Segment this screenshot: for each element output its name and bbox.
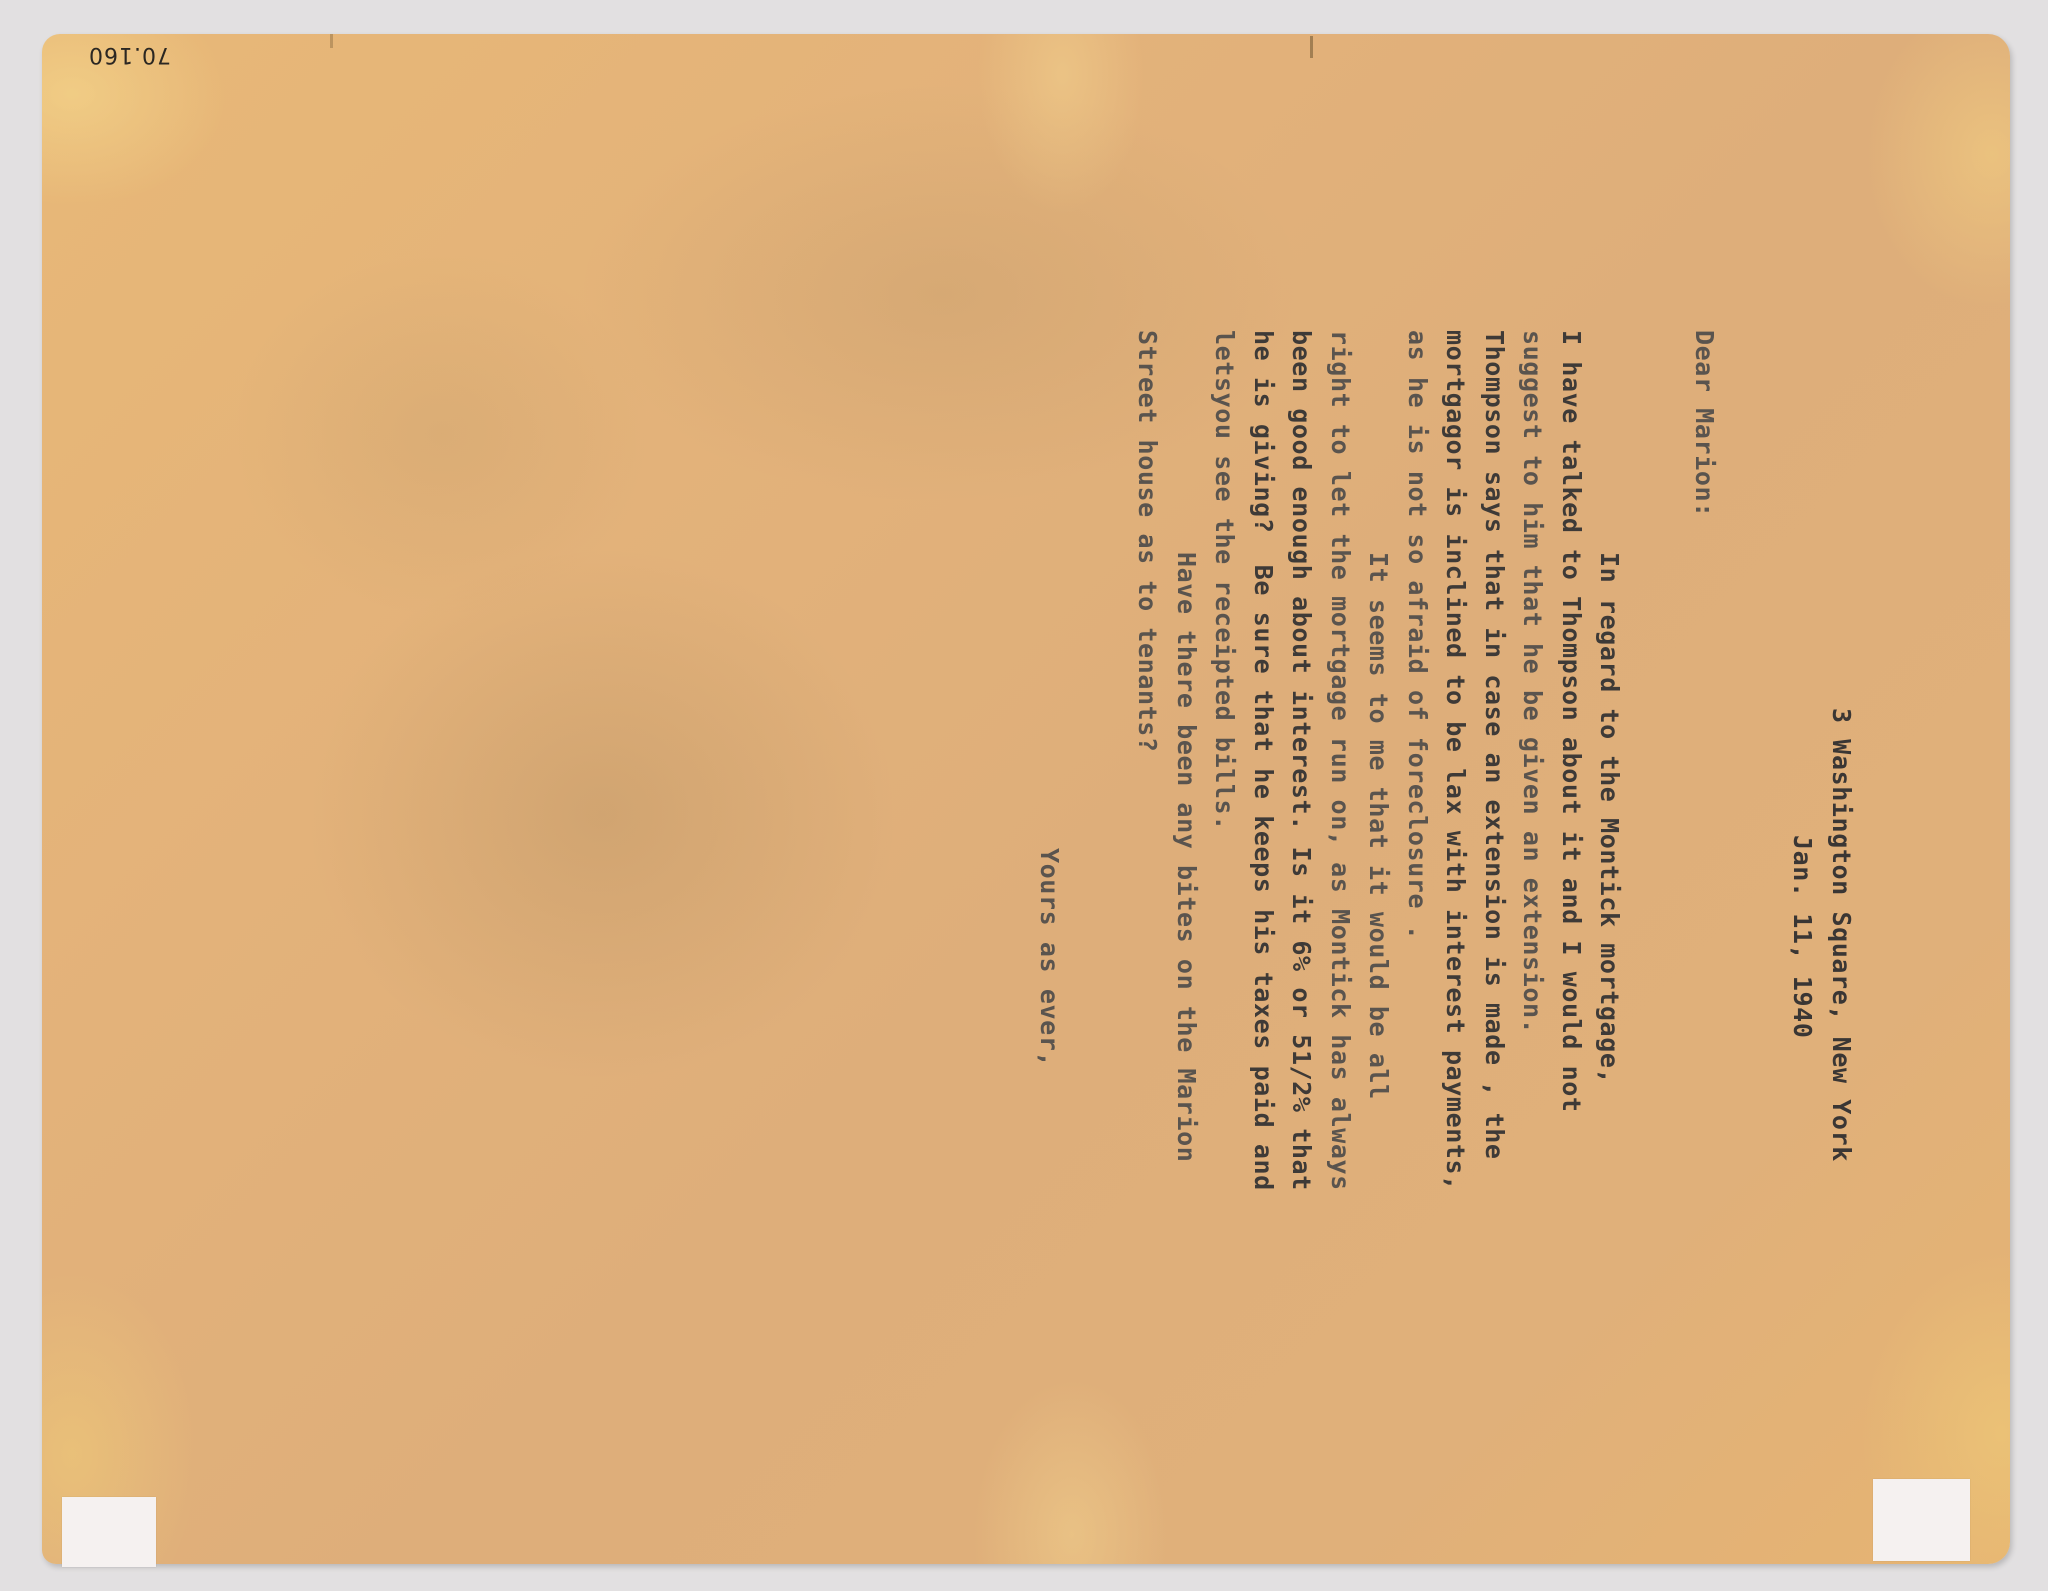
letter-date: Jan. 11, 1940 <box>1783 330 1822 1430</box>
tape-tab-right <box>1873 1479 1970 1561</box>
paper-tear <box>330 34 333 48</box>
paragraph-line: been good enough about interest. Is it 6… <box>1282 330 1321 1430</box>
paragraph-line: In regard to the Montick mortgage, <box>1590 330 1629 1430</box>
closing: Yours as ever, <box>1030 330 1069 1430</box>
paragraph-line: Thompson says that in case an extension … <box>1475 330 1514 1430</box>
paragraph-line: It seems to me that it would be all <box>1359 330 1398 1430</box>
sender-address: 3 Washington Square, New York <box>1822 330 1861 1430</box>
paper-tear <box>1310 36 1313 58</box>
paragraph-line: he is giving? Be sure that he keeps his … <box>1244 330 1283 1430</box>
paragraph-line: Street house as to tenants? <box>1128 330 1167 1430</box>
scan-background: 70.160 3 Washington Square, New York Jan… <box>0 0 2048 1591</box>
paragraph-line: suggest to him that he be given an exten… <box>1513 330 1552 1430</box>
paragraph-line: as he is not so afraid of foreclosure . <box>1398 330 1437 1430</box>
salutation: Dear Marion: <box>1685 330 1724 1430</box>
paragraph-line: mortgagor is inclined to be lax with int… <box>1436 330 1475 1430</box>
letter-body: 3 Washington Square, New York Jan. 11, 1… <box>680 330 1860 1430</box>
paragraph-line: I have talked to Thompson about it and I… <box>1552 330 1591 1430</box>
paragraph-line: Have there been any bites on the Marion <box>1167 330 1206 1430</box>
tape-tab-left <box>62 1497 156 1567</box>
paragraph-line: right to let the mortgage run on, as Mon… <box>1321 330 1360 1430</box>
paragraph-line: letsyou see the receipted bills. <box>1205 330 1244 1430</box>
catalog-number: 70.160 <box>88 42 171 67</box>
